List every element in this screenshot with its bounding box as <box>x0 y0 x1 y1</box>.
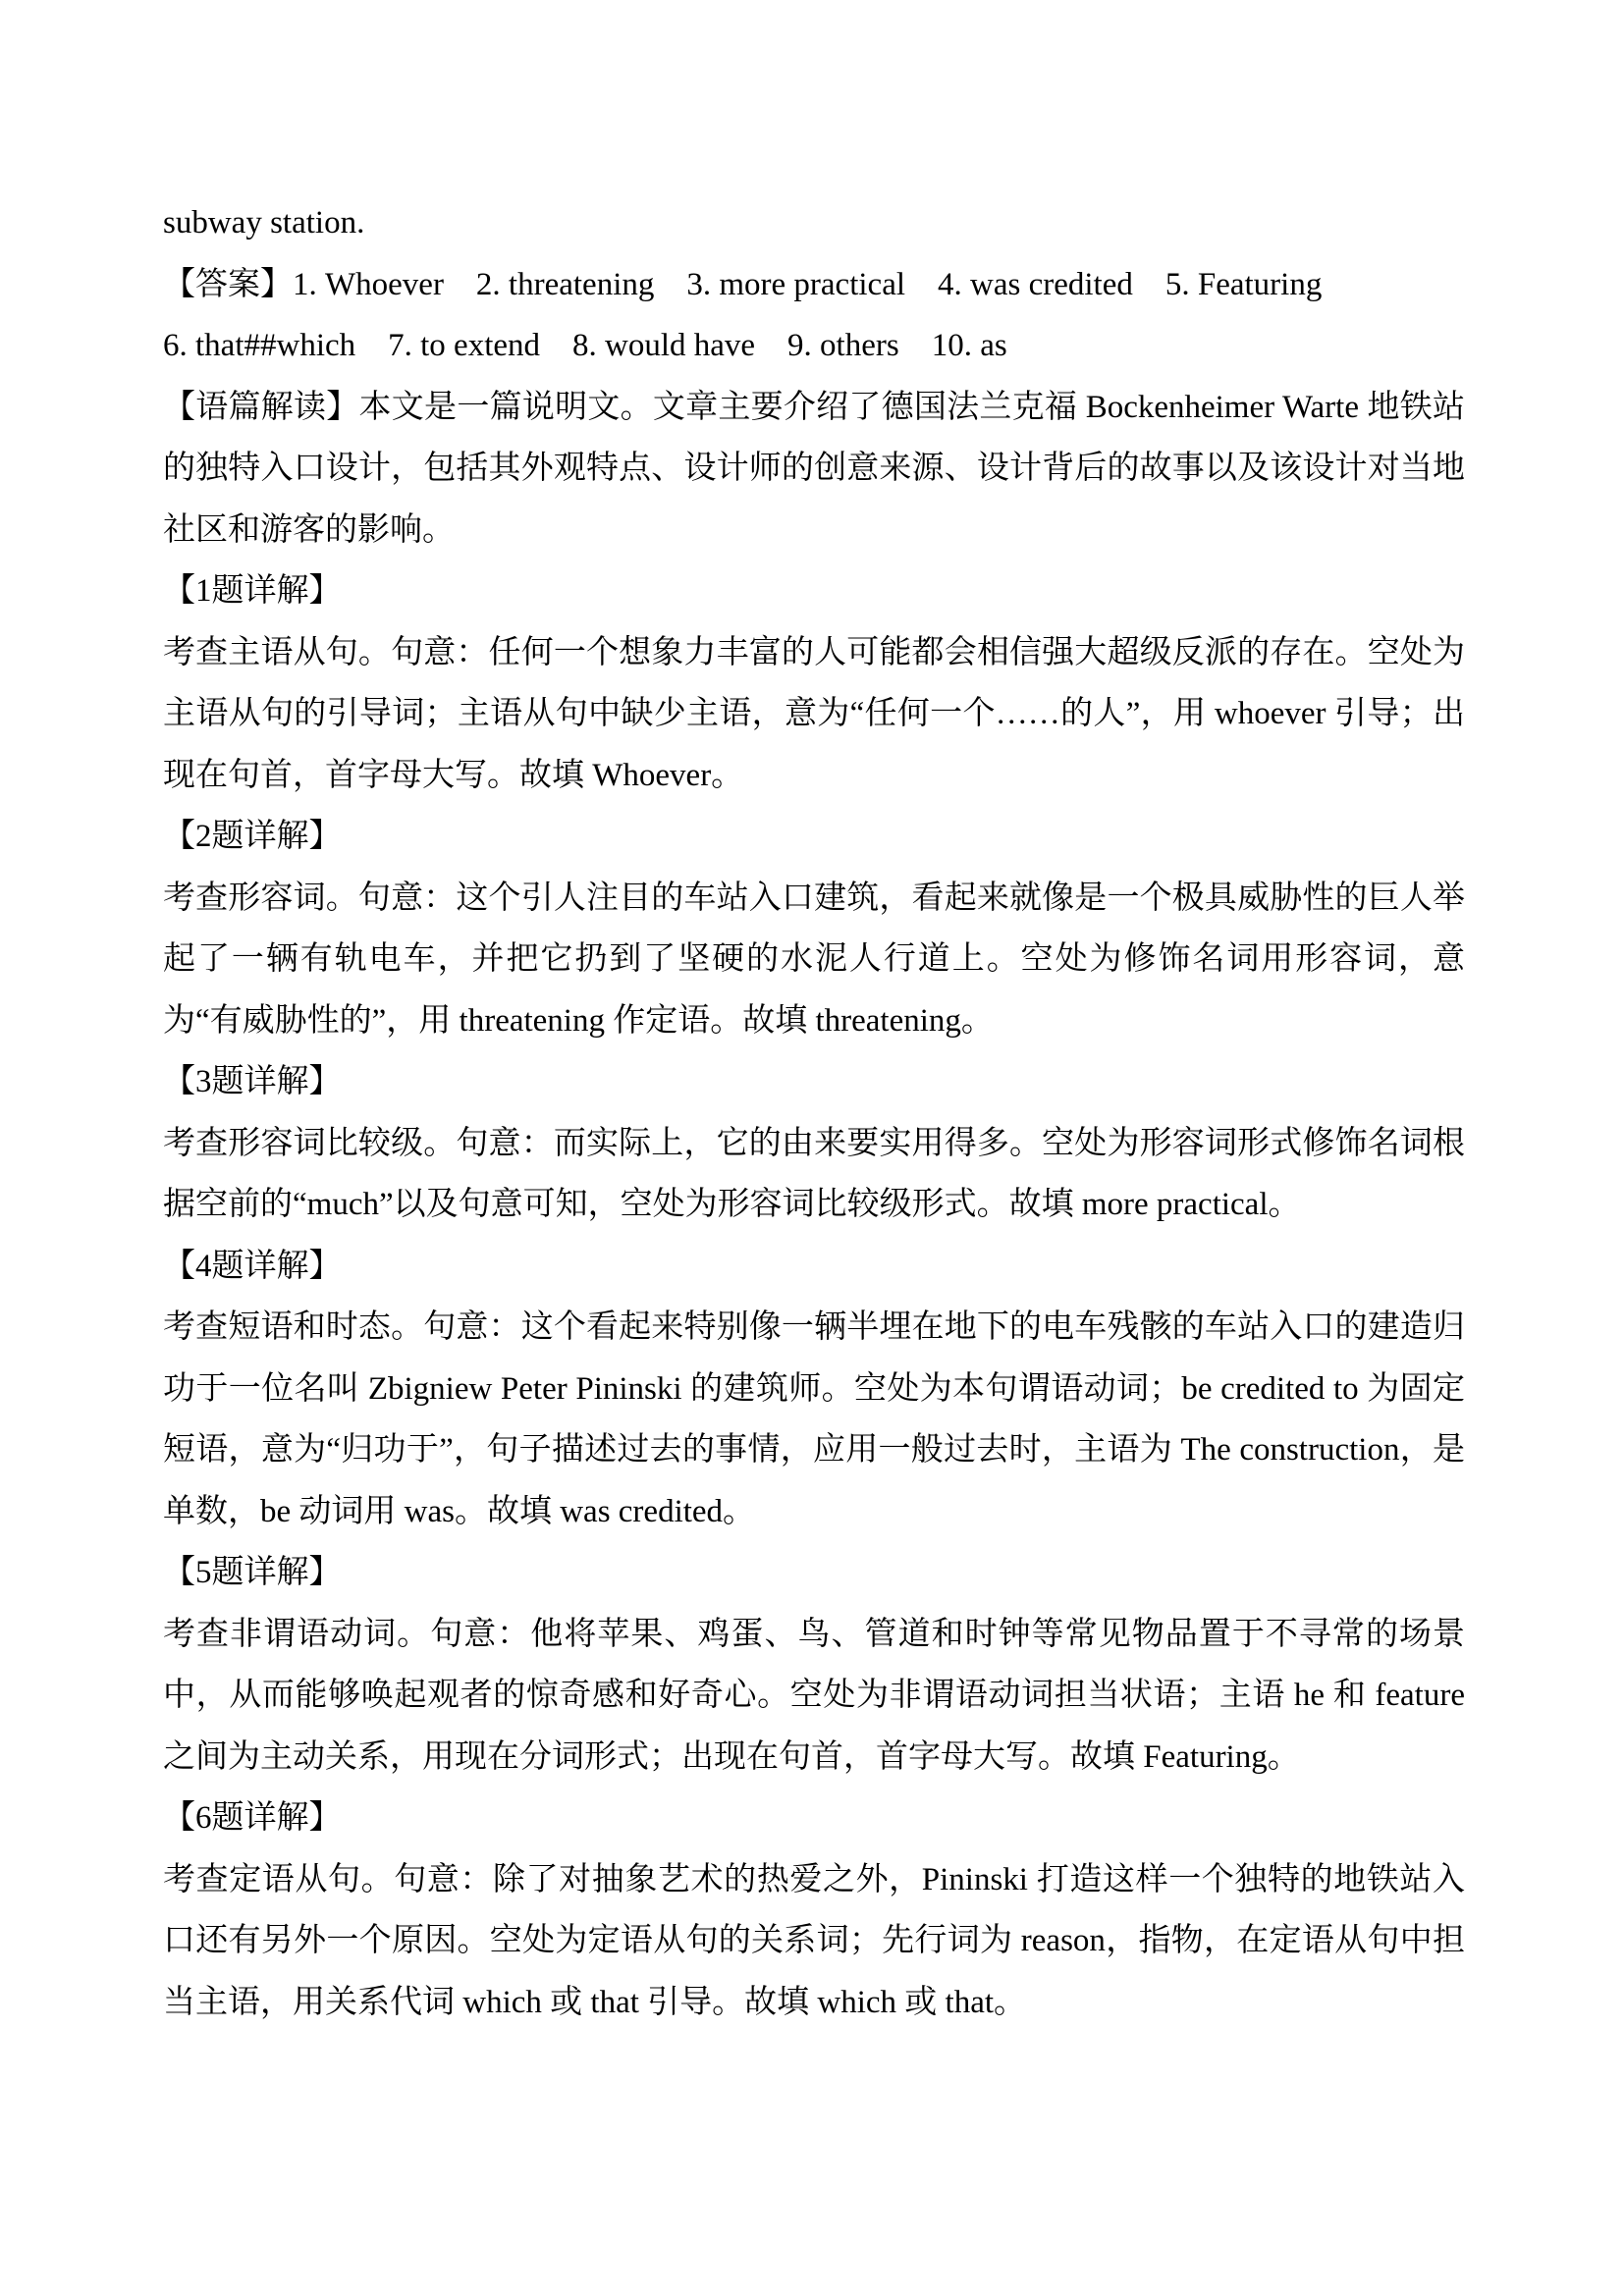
passage-analysis-text: 本文是一篇说明文。文章主要介绍了德国法兰克福 Bockenheimer Wart… <box>163 390 1465 548</box>
passage-analysis: 【语篇解读】本文是一篇说明文。文章主要介绍了德国法兰克福 Bockenheime… <box>163 377 1465 561</box>
explanation-5: 【5题详解】 考查非谓语动词。句意：他将苹果、鸡蛋、鸟、管道和时钟等常见物品置于… <box>163 1542 1465 1788</box>
explanation-6-heading: 【6题详解】 <box>163 1788 1465 1849</box>
explanation-4: 【4题详解】 考查短语和时态。句意：这个看起来特别像一辆半埋在地下的电车残骸的车… <box>163 1236 1465 1543</box>
passage-analysis-label: 【语篇解读】 <box>163 390 359 425</box>
explanation-3-heading: 【3题详解】 <box>163 1051 1465 1113</box>
intro-text: subway station. <box>163 192 1465 254</box>
explanation-6: 【6题详解】 考查定语从句。句意：除了对抽象艺术的热爱之外，Pininski 打… <box>163 1788 1465 2033</box>
explanation-6-body: 考查定语从句。句意：除了对抽象艺术的热爱之外，Pininski 打造这样一个独特… <box>163 1849 1465 2034</box>
answer-label: 【答案】 <box>163 267 293 302</box>
explanation-4-body: 考查短语和时态。句意：这个看起来特别像一辆半埋在地下的电车残骸的车站入口的建造归… <box>163 1297 1465 1542</box>
answer-items-6-10: 6. that##which 7. to extend 8. would hav… <box>163 328 1007 363</box>
explanation-5-heading: 【5题详解】 <box>163 1542 1465 1604</box>
explanation-1: 【1题详解】 考查主语从句。句意：任何一个想象力丰富的人可能都会相信强大超级反派… <box>163 561 1465 806</box>
explanation-1-heading: 【1题详解】 <box>163 561 1465 622</box>
answer-line-2: 6. that##which 7. to extend 8. would hav… <box>163 315 1465 377</box>
document-content: subway station. 【答案】1. Whoever 2. threat… <box>163 192 1465 2033</box>
explanation-3-body: 考查形容词比较级。句意：而实际上，它的由来要实用得多。空处为形容词形式修饰名词根… <box>163 1113 1465 1236</box>
explanation-3: 【3题详解】 考查形容词比较级。句意：而实际上，它的由来要实用得多。空处为形容词… <box>163 1051 1465 1236</box>
answer-items-1-5: 1. Whoever 2. threatening 3. more practi… <box>293 267 1322 302</box>
document-page: subway station. 【答案】1. Whoever 2. threat… <box>0 0 1624 2296</box>
explanation-5-body: 考查非谓语动词。句意：他将苹果、鸡蛋、鸟、管道和时钟等常见物品置于不寻常的场景中… <box>163 1604 1465 1789</box>
explanation-4-heading: 【4题详解】 <box>163 1236 1465 1298</box>
explanation-2-body: 考查形容词。句意：这个引人注目的车站入口建筑，看起来就像是一个极具威胁性的巨人举… <box>163 868 1465 1052</box>
explanation-2: 【2题详解】 考查形容词。句意：这个引人注目的车站入口建筑，看起来就像是一个极具… <box>163 806 1465 1051</box>
answer-line-1: 【答案】1. Whoever 2. threatening 3. more pr… <box>163 254 1465 316</box>
explanation-2-heading: 【2题详解】 <box>163 806 1465 868</box>
explanation-1-body: 考查主语从句。句意：任何一个想象力丰富的人可能都会相信强大超级反派的存在。空处为… <box>163 622 1465 807</box>
